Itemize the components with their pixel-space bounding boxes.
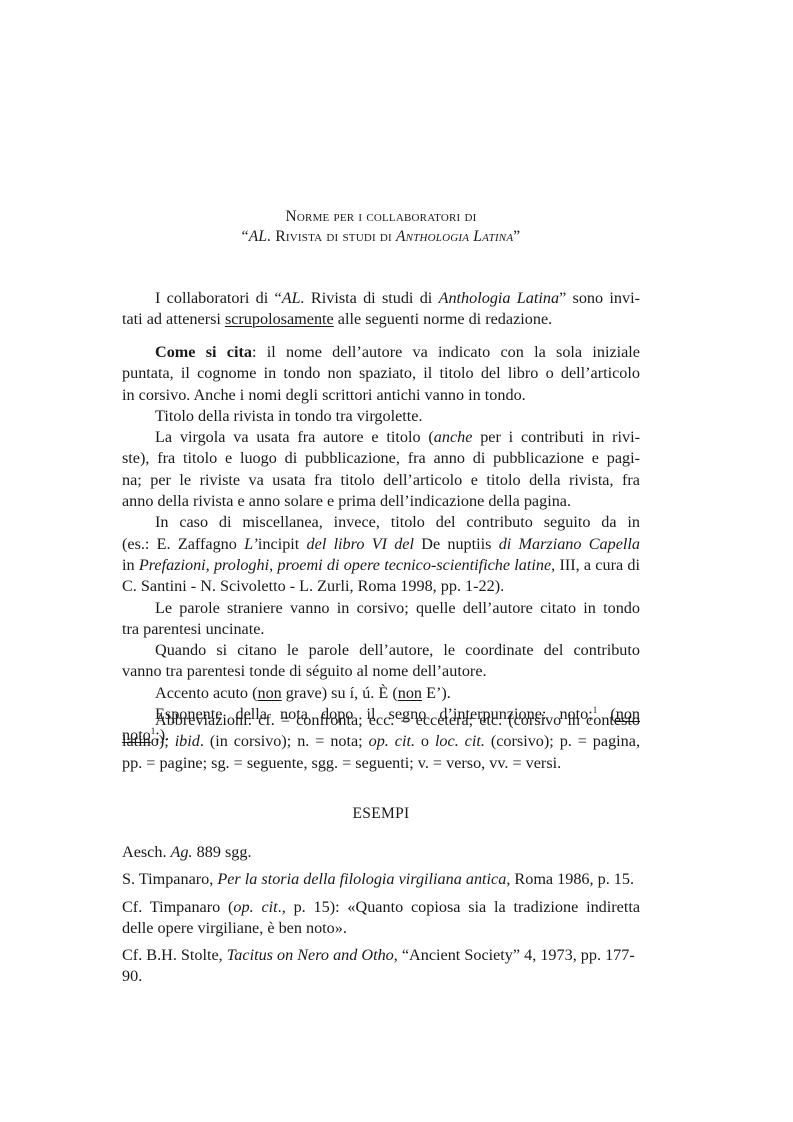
abbreviazioni-line-3: pp. = pagine; sg. = seguente, sgg. = seg… [122, 753, 640, 774]
come-si-cita-paragraph: Come si cita: il nome dell’autore va ind… [122, 342, 640, 747]
title-middle: Rivista di studi di [271, 228, 396, 245]
journal-abbr: AL. [249, 228, 272, 245]
accento-line: Accento acuto (non grave) su í, ú. È (no… [122, 683, 640, 704]
virgola-line-2: ste), fra titolo e luogo di pubblicazion… [122, 448, 640, 469]
example-item: Aesch. Ag. 889 sgg. [122, 842, 640, 863]
come-si-cita-line-2: puntata, il cognome in tondo non spaziat… [122, 363, 640, 384]
titolo-rivista-line: Titolo della rivista in tondo tra virgol… [122, 406, 640, 427]
intro-line-1: I collaboratori di “AL. Rivista di studi… [122, 288, 640, 309]
title-line-1: Norme per i collaboratori di [122, 207, 640, 227]
examples-heading: ESEMPI [122, 805, 640, 823]
example-item: S. Timpanaro, Per la storia della filolo… [122, 869, 640, 890]
example-item: Cf. Timpanaro (op. cit., p. 15): «Quanto… [122, 897, 640, 940]
emphasis-underlined: scrupolosamente [225, 310, 334, 328]
come-si-cita-line-3: in corsivo. Anche i nomi degli scrittori… [122, 385, 640, 406]
come-si-cita-line-1: Come si cita: il nome dell’autore va ind… [122, 342, 640, 363]
miscellanea-line-4: C. Santini - N. Scivoletto - L. Zurli, R… [122, 576, 640, 597]
title-line-2: “AL. Rivista di studi di Anthologia Lati… [122, 227, 640, 247]
open-quote: “ [242, 228, 249, 245]
abbreviazioni-line-2: latino); ibid. (in corsivo); n. = nota; … [122, 731, 640, 752]
miscellanea-line-3: in Prefazioni, prologhi, proemi di opere… [122, 555, 640, 576]
intro-paragraph: I collaboratori di “AL. Rivista di studi… [122, 288, 640, 331]
example-item: Cf. B.H. Stolte, Tacitus on Nero and Oth… [122, 945, 640, 988]
abbreviazioni-line-1: Abbreviazioni: cf. = confronta; ecc. = e… [122, 710, 640, 731]
parole-straniere-line-2: tra parentesi uncinate. [122, 619, 640, 640]
journal-name: Anthologia Latina [396, 228, 513, 245]
quando-si-citano-line-2: vanno tra parentesi tonde di séguito al … [122, 661, 640, 682]
page-title: Norme per i collaboratori di “AL. Rivist… [122, 207, 640, 247]
section-label: Come si cita [155, 343, 252, 361]
abbreviazioni-paragraph: Abbreviazioni: cf. = confronta; ecc. = e… [122, 710, 640, 774]
parole-straniere-line-1: Le parole straniere vanno in corsivo; qu… [122, 598, 640, 619]
virgola-line-3: na; per le riviste va usata fra titolo d… [122, 470, 640, 491]
intro-line-2: tati ad attenersi scrupolosamente alle s… [122, 309, 640, 330]
miscellanea-line-1: In caso di miscellanea, invece, titolo d… [122, 512, 640, 533]
virgola-line-1: La virgola va usata fra autore e titolo … [122, 427, 640, 448]
quando-si-citano-line-1: Quando si citano le parole dell’autore, … [122, 640, 640, 661]
miscellanea-line-2: (es.: E. Zaffagno L’incipit del libro VI… [122, 534, 640, 555]
close-quote: ” [513, 228, 520, 245]
virgola-line-4: anno della rivista e anno solare e prima… [122, 491, 640, 512]
